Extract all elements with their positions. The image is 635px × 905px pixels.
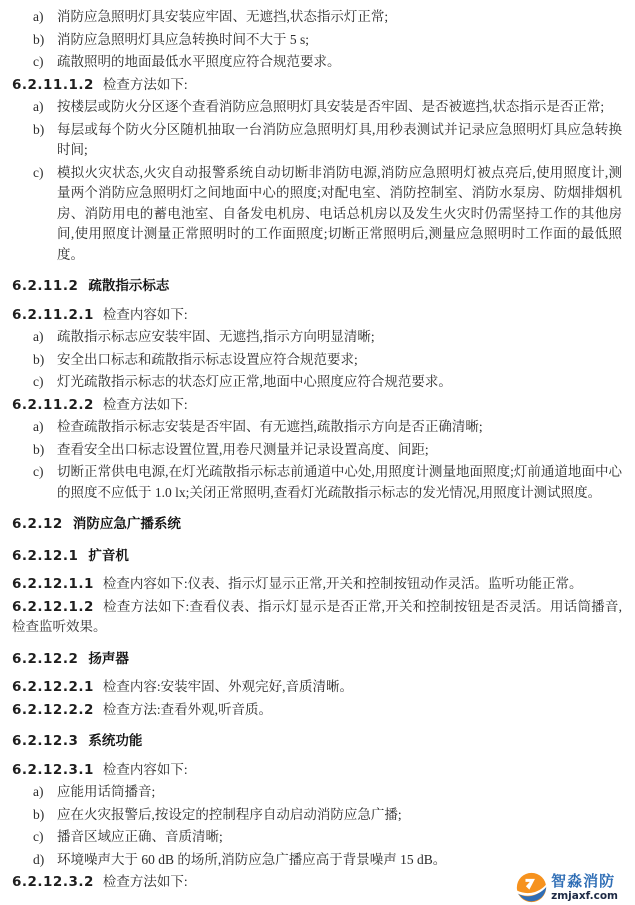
list-item-text: 安全出口标志和疏散指示标志设置应符合规范要求; bbox=[57, 350, 622, 371]
clause: 6.2.12.3.1检查内容如下: bbox=[12, 760, 622, 781]
list-item-text: 按楼层或防火分区逐个查看消防应急照明灯具安装是否牢固、是否被遮挡,状态指示是否正… bbox=[57, 97, 622, 118]
section-heading: 6.2.12.1扩音机 bbox=[12, 546, 622, 567]
list-item: d) 环境噪声大于 60 dB 的场所,消防应急广播应高于背景噪声 15 dB。 bbox=[12, 850, 622, 871]
clause-text: 检查内容如下: bbox=[103, 307, 188, 322]
clause-text: 检查内容如下: bbox=[103, 762, 188, 777]
clause-number: 6.2.12.3.2 bbox=[12, 874, 94, 890]
list-item: c) 疏散照明的地面最低水平照度应符合规范要求。 bbox=[12, 52, 622, 73]
brand-watermark: 智淼消防 zmjaxf.com bbox=[516, 872, 618, 903]
list-item-text: 消防应急照明灯具应急转换时间不大于 5 s; bbox=[57, 30, 622, 51]
list-item: a) 按楼层或防火分区逐个查看消防应急照明灯具安装是否牢固、是否被遮挡,状态指示… bbox=[12, 97, 622, 118]
list-block: a) 消防应急照明灯具安装应牢固、无遮挡,状态指示灯正常; b) 消防应急照明灯… bbox=[12, 7, 622, 73]
list-item-text: 应能用话筒播音; bbox=[57, 782, 622, 803]
clause-number: 6.2.12.2.2 bbox=[12, 702, 94, 718]
clause: 6.2.12.1.1检查内容如下:仪表、指示灯显示正常,开关和控制按钮动作灵活。… bbox=[12, 574, 622, 595]
clause-text: 检查方法如下: bbox=[103, 397, 188, 412]
list-item: c) 播音区域应正确、音质清晰; bbox=[12, 827, 622, 848]
clause-number: 6.2.12.3.1 bbox=[12, 762, 94, 778]
clause: 6.2.12.1.2检查方法如下:查看仪表、指示灯显示是否正常,开关和控制按钮是… bbox=[12, 597, 622, 638]
heading-title: 扩音机 bbox=[88, 548, 129, 564]
list-item-marker: b) bbox=[33, 350, 57, 371]
brand-domain: zmjaxf.com bbox=[551, 891, 618, 902]
list-item-marker: c) bbox=[33, 52, 57, 73]
list-item-marker: a) bbox=[33, 782, 57, 803]
list-item-marker: a) bbox=[33, 7, 57, 28]
document-page: a) 消防应急照明灯具安装应牢固、无遮挡,状态指示灯正常; b) 消防应急照明灯… bbox=[0, 0, 635, 905]
list-item: a) 应能用话筒播音; bbox=[12, 782, 622, 803]
list-item-marker: d) bbox=[33, 850, 57, 871]
clause-text: 检查方法如下: bbox=[103, 874, 188, 889]
list-item-text: 疏散指示标志应安装牢固、无遮挡,指示方向明显清晰; bbox=[57, 327, 622, 348]
heading-number: 6.2.11.2 bbox=[12, 278, 78, 294]
clause-text: 检查内容如下:仪表、指示灯显示正常,开关和控制按钮动作灵活。监听功能正常。 bbox=[103, 576, 583, 591]
clause-text: 检查方法如下:查看仪表、指示灯显示是否正常,开关和控制按钮是否灵活。用话筒播音,… bbox=[12, 599, 622, 635]
list-item-marker: c) bbox=[33, 827, 57, 848]
list-item: a) 疏散指示标志应安装牢固、无遮挡,指示方向明显清晰; bbox=[12, 327, 622, 348]
clause: 6.2.11.2.1检查内容如下: bbox=[12, 305, 622, 326]
list-block: a) 应能用话筒播音; b) 应在火灾报警后,按设定的控制程序自动启动消防应急广… bbox=[12, 782, 622, 870]
clause-number: 6.2.11.2.1 bbox=[12, 307, 94, 323]
heading-number: 6.2.12 bbox=[12, 516, 63, 532]
list-item-text: 播音区域应正确、音质清晰; bbox=[57, 827, 622, 848]
section-heading: 6.2.11.2疏散指示标志 bbox=[12, 276, 622, 297]
clause-number: 6.2.12.1.2 bbox=[12, 599, 94, 615]
list-item-marker: c) bbox=[33, 163, 57, 266]
list-item: b) 每层或每个防火分区随机抽取一台消防应急照明灯具,用秒表测试并记录应急照明灯… bbox=[12, 120, 622, 161]
list-item: c) 切断正常供电电源,在灯光疏散指示标志前通道中心处,用照度计测量地面照度;灯… bbox=[12, 462, 622, 503]
list-item-text: 灯光疏散指示标志的状态灯应正常,地面中心照度应符合规范要求。 bbox=[57, 372, 622, 393]
section-heading: 6.2.12.2扬声器 bbox=[12, 649, 622, 670]
heading-title: 系统功能 bbox=[88, 733, 142, 749]
list-item-text: 应在火灾报警后,按设定的控制程序自动启动消防应急广播; bbox=[57, 805, 622, 826]
clause-text: 检查内容:安装牢固、外观完好,音质清晰。 bbox=[103, 679, 353, 694]
clause-number: 6.2.11.1.2 bbox=[12, 77, 94, 93]
clause: 6.2.12.2.2检查方法:查看外观,听音质。 bbox=[12, 700, 622, 721]
brand-logo-icon bbox=[516, 872, 547, 903]
list-item-marker: b) bbox=[33, 120, 57, 161]
heading-number: 6.2.12.3 bbox=[12, 733, 78, 749]
list-item-marker: a) bbox=[33, 417, 57, 438]
clause-number: 6.2.11.2.2 bbox=[12, 397, 94, 413]
clause: 6.2.12.2.1检查内容:安装牢固、外观完好,音质清晰。 bbox=[12, 677, 622, 698]
section-heading: 6.2.12消防应急广播系统 bbox=[12, 514, 622, 535]
heading-title: 消防应急广播系统 bbox=[73, 516, 181, 532]
list-item-text: 检查疏散指示标志安装是否牢固、有无遮挡,疏散指示方向是否正确清晰; bbox=[57, 417, 622, 438]
heading-number: 6.2.12.1 bbox=[12, 548, 78, 564]
list-block: a) 按楼层或防火分区逐个查看消防应急照明灯具安装是否牢固、是否被遮挡,状态指示… bbox=[12, 97, 622, 265]
list-item: a) 检查疏散指示标志安装是否牢固、有无遮挡,疏散指示方向是否正确清晰; bbox=[12, 417, 622, 438]
list-item: b) 消防应急照明灯具应急转换时间不大于 5 s; bbox=[12, 30, 622, 51]
heading-title: 扬声器 bbox=[88, 651, 129, 667]
list-item: b) 应在火灾报警后,按设定的控制程序自动启动消防应急广播; bbox=[12, 805, 622, 826]
list-item-marker: c) bbox=[33, 372, 57, 393]
list-item-marker: c) bbox=[33, 462, 57, 503]
heading-number: 6.2.12.2 bbox=[12, 651, 78, 667]
list-item-marker: a) bbox=[33, 327, 57, 348]
list-item-marker: b) bbox=[33, 30, 57, 51]
list-item-marker: a) bbox=[33, 97, 57, 118]
list-item-text: 疏散照明的地面最低水平照度应符合规范要求。 bbox=[57, 52, 622, 73]
list-item-text: 查看安全出口标志设置位置,用卷尺测量并记录设置高度、间距; bbox=[57, 440, 622, 461]
heading-title: 疏散指示标志 bbox=[88, 278, 169, 294]
list-block: a) 检查疏散指示标志安装是否牢固、有无遮挡,疏散指示方向是否正确清晰; b) … bbox=[12, 417, 622, 503]
list-item: b) 查看安全出口标志设置位置,用卷尺测量并记录设置高度、间距; bbox=[12, 440, 622, 461]
brand-name: 智淼消防 bbox=[551, 874, 618, 889]
list-item-text: 每层或每个防火分区随机抽取一台消防应急照明灯具,用秒表测试并记录应急照明灯具应急… bbox=[57, 120, 622, 161]
section-heading: 6.2.12.3系统功能 bbox=[12, 731, 622, 752]
list-block: a) 疏散指示标志应安装牢固、无遮挡,指示方向明显清晰; b) 安全出口标志和疏… bbox=[12, 327, 622, 393]
list-item: a) 消防应急照明灯具安装应牢固、无遮挡,状态指示灯正常; bbox=[12, 7, 622, 28]
list-item-marker: b) bbox=[33, 805, 57, 826]
list-item-text: 切断正常供电电源,在灯光疏散指示标志前通道中心处,用照度计测量地面照度;灯前通道… bbox=[57, 462, 622, 503]
list-item-marker: b) bbox=[33, 440, 57, 461]
list-item-text: 消防应急照明灯具安装应牢固、无遮挡,状态指示灯正常; bbox=[57, 7, 622, 28]
list-item-text: 模拟火灾状态,火灾自动报警系统自动切断非消防电源,消防应急照明灯被点亮后,使用照… bbox=[57, 163, 622, 266]
clause-text: 检查方法如下: bbox=[103, 77, 188, 92]
list-item-text: 环境噪声大于 60 dB 的场所,消防应急广播应高于背景噪声 15 dB。 bbox=[57, 850, 622, 871]
clause: 6.2.11.2.2检查方法如下: bbox=[12, 395, 622, 416]
clause: 6.2.11.1.2检查方法如下: bbox=[12, 75, 622, 96]
clause-text: 检查方法:查看外观,听音质。 bbox=[103, 702, 272, 717]
list-item: b) 安全出口标志和疏散指示标志设置应符合规范要求; bbox=[12, 350, 622, 371]
clause-number: 6.2.12.2.1 bbox=[12, 679, 94, 695]
list-item: c) 灯光疏散指示标志的状态灯应正常,地面中心照度应符合规范要求。 bbox=[12, 372, 622, 393]
list-item: c) 模拟火灾状态,火灾自动报警系统自动切断非消防电源,消防应急照明灯被点亮后,… bbox=[12, 163, 622, 266]
clause-number: 6.2.12.1.1 bbox=[12, 576, 94, 592]
